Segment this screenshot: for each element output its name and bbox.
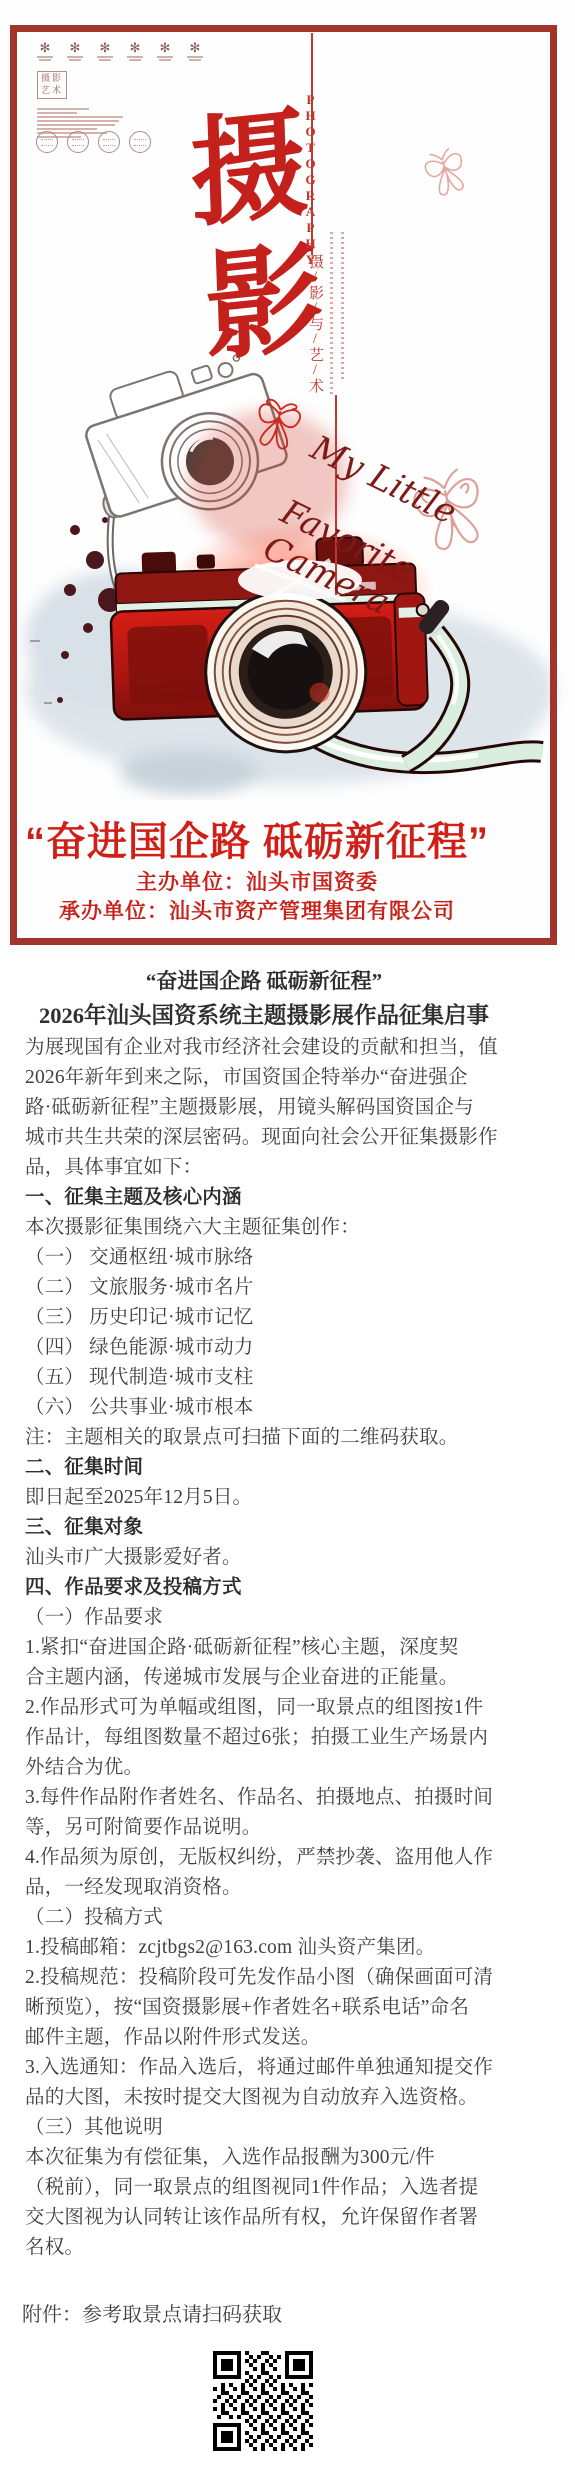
star-icon: ✻ <box>186 42 204 62</box>
star-icon: ✻ <box>126 42 144 62</box>
document-text-line: （六） 公共事业·城市根本 <box>25 1393 503 1423</box>
document-body: 为展现国有企业对我市经济社会建设的贡献和担当，值2026年新年到来之际，市国资国… <box>25 1033 503 2263</box>
document-text-line: 2.作品形式可为单幅或组图，同一取景点的组图按1件 <box>25 1693 503 1723</box>
stamp-icon <box>36 131 58 153</box>
document-text-line: 品的大图，未按时提交大图视为自动放弃入选资格。 <box>25 2083 503 2113</box>
document-text-line: 3.每件作品附作者姓名、作品名、拍摄地点、拍摄时间 <box>25 1783 503 1813</box>
document-text-line: 名权。 <box>25 2233 503 2263</box>
document-text-line: 外结合为优。 <box>25 1753 503 1783</box>
stamp-icon <box>67 131 89 153</box>
document-text-line: （五） 现代制造·城市支柱 <box>25 1363 503 1393</box>
stamp-icon <box>98 131 120 153</box>
vertical-photography-label: PHOTOGRAPHY <box>302 92 318 268</box>
banner-title: “奋进国企路 砥砺新征程” <box>17 810 497 867</box>
document-text-line: 晰预览），按“国资摄影展+作者姓名+联系电话”命名 <box>25 1993 503 2023</box>
document-text-line: 1.紧扣“奋进国企路·砥砺新征程”核心主题，深度契 <box>25 1633 503 1663</box>
document-text-line: 为展现国有企业对我市经济社会建设的贡献和担当，值 <box>25 1033 503 1063</box>
deco-stars: ✻ ✻ ✻ ✻ ✻ ✻ <box>36 42 204 62</box>
document-text-line: 1.投稿邮箱：zcjtbgs2@163.com 汕头资产集团。 <box>25 1933 503 1963</box>
star-icon: ✻ <box>156 42 174 62</box>
qr-code <box>213 2347 313 2455</box>
vertical-cn-label: 摄/影/与/艺/术 <box>305 254 326 393</box>
document-text-line: 合主题内涵，传递城市发展与企业奋进的正能量。 <box>25 1663 503 1693</box>
document-text-line: 即日起至2025年12月5日。 <box>25 1483 503 1513</box>
document-text-line: 品，具体事宜如下： <box>25 1153 503 1183</box>
document-text-line: （二） 文旅服务·城市名片 <box>25 1273 503 1303</box>
document-text-line: 3.入选通知：作品入选后，将通过邮件单独通知提交作 <box>25 2053 503 2083</box>
document-text-line: （三） 历史印记·城市记忆 <box>25 1303 503 1333</box>
document-text-line: 2026年新年到来之际，市国资国企特举办“奋进强企 <box>25 1063 503 1093</box>
document-text-line: 城市共生共荣的深层密码。现面向社会公开征集摄影作 <box>25 1123 503 1153</box>
document-text-line: 汕头市广大摄影爱好者。 <box>25 1543 503 1573</box>
document-text-line: 三、征集对象 <box>25 1513 503 1543</box>
banner-host-line: 主办单位：汕头市国资委 <box>17 866 497 896</box>
document-text-line: 本次征集为有偿征集，入选作品报酬为300元/件 <box>25 2143 503 2173</box>
document-text-line: 4.作品须为原创，无版权纠纷，严禁抄袭、盗用他人作 <box>25 1843 503 1873</box>
attachment-note: 附件：参考取景点请扫码获取 <box>22 2298 282 2327</box>
star-icon: ✻ <box>96 42 114 62</box>
document-text-line: （四） 绿色能源·城市动力 <box>25 1333 503 1363</box>
poster-page: ✻ ✻ ✻ ✻ ✻ ✻ 摄影 艺术 <box>0 0 575 2487</box>
document-text-line: 本次摄影征集围绕六大主题征集创作： <box>25 1213 503 1243</box>
poster-artwork: ✻ ✻ ✻ ✻ ✻ ✻ 摄影 艺术 <box>0 0 575 960</box>
butterfly-icon <box>417 142 477 208</box>
deco-dotted-column <box>341 232 344 382</box>
star-icon: ✻ <box>66 42 84 62</box>
document-text-line: 二、征集时间 <box>25 1453 503 1483</box>
document-text-line: 品，一经发现取消资格。 <box>25 1873 503 1903</box>
document-title: 2026年汕头国资系统主题摄影展作品征集启事 <box>25 998 503 1030</box>
document-text-line: （三）其他说明 <box>25 2113 503 2143</box>
document-text-line: （二）投稿方式 <box>25 1903 503 1933</box>
document-text-line: （税前），同一取景点的组图视同1件作品；入选者提 <box>25 2173 503 2203</box>
document-text-line: 四、作品要求及投稿方式 <box>25 1573 503 1603</box>
document-text-line: 邮件主题，作品以附件形式发送。 <box>25 2023 503 2053</box>
document-text-line: 2.投稿规范：投稿阶段可先发作品小图（确保画面可清 <box>25 1963 503 1993</box>
deco-dotted-column <box>330 232 333 397</box>
document-subtitle: “奋进国企路 砥砺新征程” <box>25 965 503 995</box>
document-text-line: 交大图视为认同转让该作品所有权，允许保留作者署 <box>25 2203 503 2233</box>
document-text-line: （一）作品要求 <box>25 1603 503 1633</box>
document-text-line: 等，另可附简要作品说明。 <box>25 1813 503 1843</box>
document-text-line: 路·砥砺新征程”主题摄影展，用镜头解码国资国企与 <box>25 1093 503 1123</box>
document-text-line: 注：主题相关的取景点可扫描下面的二维码获取。 <box>25 1423 503 1453</box>
calligraphy-she: 摄 <box>188 106 309 237</box>
deco-stamps <box>36 131 151 153</box>
banner-organizer-line: 承办单位：汕头市资产管理集团有限公司 <box>17 895 497 925</box>
document-text-line: 作品计，每组图数量不超过6张；拍摄工业生产场景内 <box>25 1723 503 1753</box>
document-text-line: （一） 交通枢纽·城市脉络 <box>25 1243 503 1273</box>
document-text-line: 一、征集主题及核心内涵 <box>25 1183 503 1213</box>
stamp-icon <box>129 131 151 153</box>
photography-art-seal: 摄影 艺术 <box>37 71 67 99</box>
star-icon: ✻ <box>36 42 54 62</box>
